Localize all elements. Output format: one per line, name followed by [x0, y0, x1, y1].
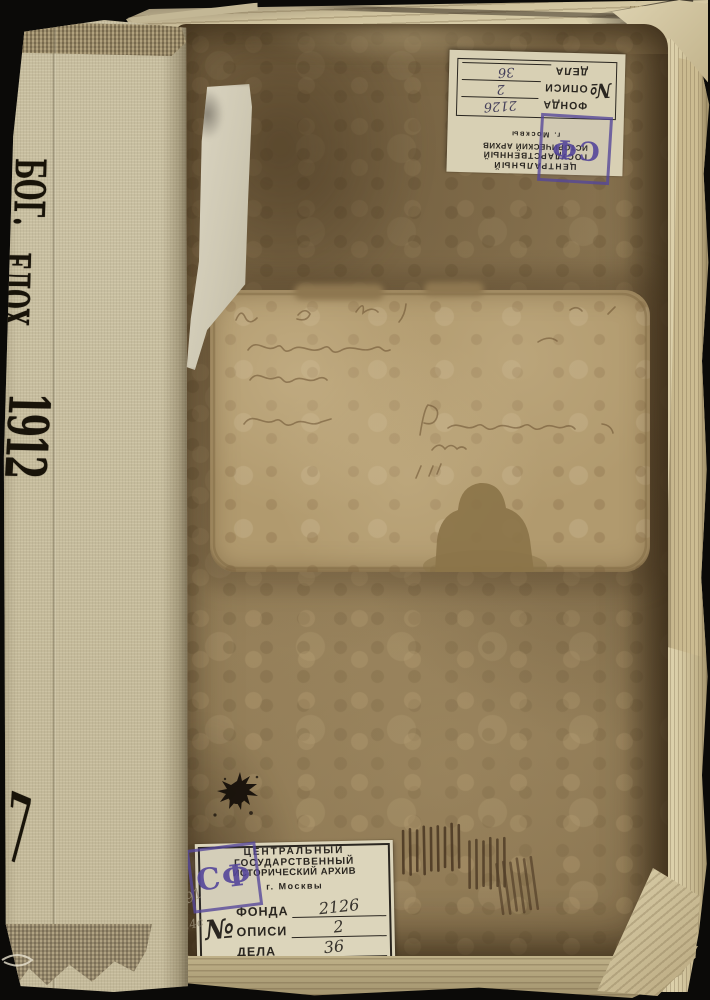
spine-title-line1: БОГ.: [4, 158, 55, 226]
spine-headband: [6, 22, 186, 56]
opis-row: ОПИСИ 2: [461, 79, 587, 99]
label-fields: № ФОНДА 2126 ОПИСИ 2 ДЕЛА 36: [456, 58, 617, 120]
loose-thread: [0, 942, 60, 982]
cloth-spine: БОГ. ЕЛОХ. 1912 7: [2, 20, 188, 992]
opis-label: ОПИСИ: [540, 81, 588, 94]
fond-label: ФОНДА: [538, 98, 587, 111]
label-torn-edge: [424, 282, 484, 296]
sf-stamp: СФ: [537, 113, 613, 185]
opis-number: 2: [496, 81, 505, 96]
numero-sign: №: [587, 79, 614, 104]
fond-number: 2126: [318, 895, 361, 918]
delo-number: 36: [322, 936, 344, 956]
spine-year: 1912: [0, 392, 62, 477]
spine-title-line2: ЕЛОХ.: [0, 252, 39, 334]
handwriting-illegible: [210, 290, 650, 572]
delo-row: ДЕЛА 36: [462, 62, 588, 82]
delo-row: ДЕЛА 36: [237, 936, 387, 956]
spine-volume-number: 7: [2, 772, 35, 891]
book-cover-photo: ЦЕНТРАЛЬНЫЙ ГОСУДАРСТВЕННЫЙ ИСТОРИЧЕСКИЙ…: [0, 0, 710, 1000]
opis-number: 2: [333, 917, 345, 937]
tally-marks: [393, 818, 558, 918]
label-torn-edge: [294, 284, 384, 300]
delo-number: 36: [498, 64, 515, 80]
fond-row: ФОНДА 2126: [461, 96, 587, 116]
ink-blot: [205, 765, 269, 829]
bent-page-corner: [664, 58, 706, 658]
faded-handwritten-label: [210, 290, 650, 572]
archive-label-top-inverted: ЦЕНТРАЛЬНЫЙ ГОСУДАРСТВЕННЫЙ ИСТОРИЧЕСКИЙ…: [446, 50, 625, 177]
numero-sign: №: [201, 913, 238, 947]
fond-number: 2126: [483, 97, 517, 114]
archive-label-bottom: ЦЕНТРАЛЬНЫЙ ГОСУДАРСТВЕННЫЙ ИСТОРИЧЕСКИЙ…: [195, 840, 396, 956]
label-stain-silhouette: [435, 483, 534, 572]
delo-label: ДЕЛА: [237, 944, 280, 956]
delo-label: ДЕЛА: [551, 64, 589, 77]
